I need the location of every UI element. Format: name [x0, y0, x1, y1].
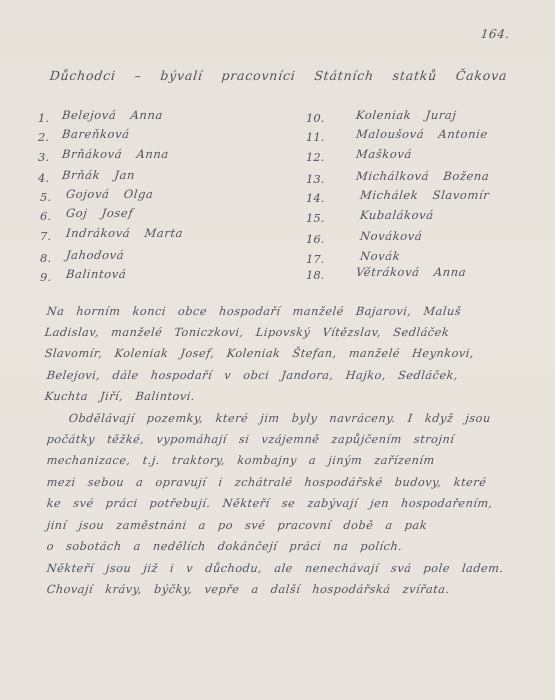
list-item-name: Indráková Marta: [65, 226, 184, 240]
list-item-name: Belejová Anna: [61, 108, 163, 122]
page-number: 164.: [480, 27, 511, 41]
list-item-number: 12.: [306, 150, 324, 164]
list-item-number: 5.: [40, 190, 51, 204]
list-item-name: Kubaláková: [359, 208, 434, 222]
list-item-name: Goj Josef: [65, 206, 134, 220]
page-title: Důchodci – bývalí pracovníci Státních st…: [49, 68, 508, 83]
paragraph-line: Slavomír, Koleniak Josef, Koleniak Štefa…: [44, 347, 475, 360]
paragraph-line: Chovají krávy, býčky, vepře a další hosp…: [46, 583, 450, 596]
list-item-number: 9.: [40, 270, 51, 284]
list-item-name: Koleniak Juraj: [355, 108, 457, 122]
paragraph-line: Na horním konci obce hospodaří manželé B…: [46, 305, 462, 318]
paragraph-line: Belejovi, dále hospodaří v obci Jandora,…: [46, 369, 459, 382]
list-item-number: 3.: [38, 150, 49, 164]
list-item-number: 10.: [306, 111, 324, 125]
list-item-name: Maloušová Antonie: [355, 127, 488, 141]
list-item-name: Nováková: [359, 229, 423, 243]
list-item-number: 11.: [306, 130, 324, 144]
list-item-name: Brňáková Anna: [61, 147, 169, 161]
paragraph-line: Kuchta Jiří, Balintovi.: [44, 390, 196, 403]
list-item-number: 16.: [306, 232, 324, 246]
list-item-name: Brňák Jan: [61, 168, 136, 182]
paragraph-line: Obdělávají pozemky, které jim byly navrá…: [68, 412, 491, 425]
list-item-number: 15.: [306, 211, 324, 225]
paragraph-line: Ladislav, manželé Toniczkovi, Lipovský V…: [44, 326, 450, 339]
list-item-name: Michálková Božena: [355, 169, 490, 183]
paragraph-line: o sobotách a nedělích dokánčejí práci na…: [46, 540, 403, 553]
list-item-name: Michálek Slavomír: [359, 188, 490, 202]
paragraph-line: jiní jsou zaměstnáni a po své pracovní d…: [46, 519, 428, 532]
paragraph-line: Někteří jsou již i v důchodu, ale nenech…: [46, 562, 504, 575]
list-item-number: 14.: [306, 191, 324, 205]
list-item-name: Mašková: [355, 147, 412, 161]
list-item-number: 18.: [306, 268, 324, 282]
list-item-name: Novák: [359, 249, 401, 263]
list-item-number: 6.: [40, 209, 51, 223]
list-item-number: 1.: [38, 111, 49, 125]
list-item-number: 8.: [40, 251, 51, 265]
list-item-number: 17.: [306, 252, 324, 266]
paragraph-line: mezi sebou a opravují i zchátralé hospod…: [46, 476, 487, 489]
paragraph-line: počátky těžké, vypomáhají si vzájemně za…: [46, 433, 455, 446]
list-item-name: Balintová: [65, 267, 127, 281]
list-item-name: Jahodová: [65, 248, 125, 262]
list-item-name: Gojová Olga: [65, 187, 154, 201]
list-item-number: 7.: [40, 229, 51, 243]
paragraph-line: mechanizace, t.j. traktory, kombajny a j…: [46, 454, 435, 467]
document-page: 164. Důchodci – bývalí pracovníci Státní…: [0, 0, 555, 700]
list-item-name: Bareňková: [61, 127, 130, 141]
list-item-number: 13.: [306, 172, 324, 186]
list-item-number: 4.: [38, 171, 49, 185]
list-item-name: Větráková Anna: [355, 265, 467, 279]
paragraph-line: ke své práci potřebují. Někteří se zabýv…: [46, 497, 493, 510]
list-item-number: 2.: [38, 130, 49, 144]
